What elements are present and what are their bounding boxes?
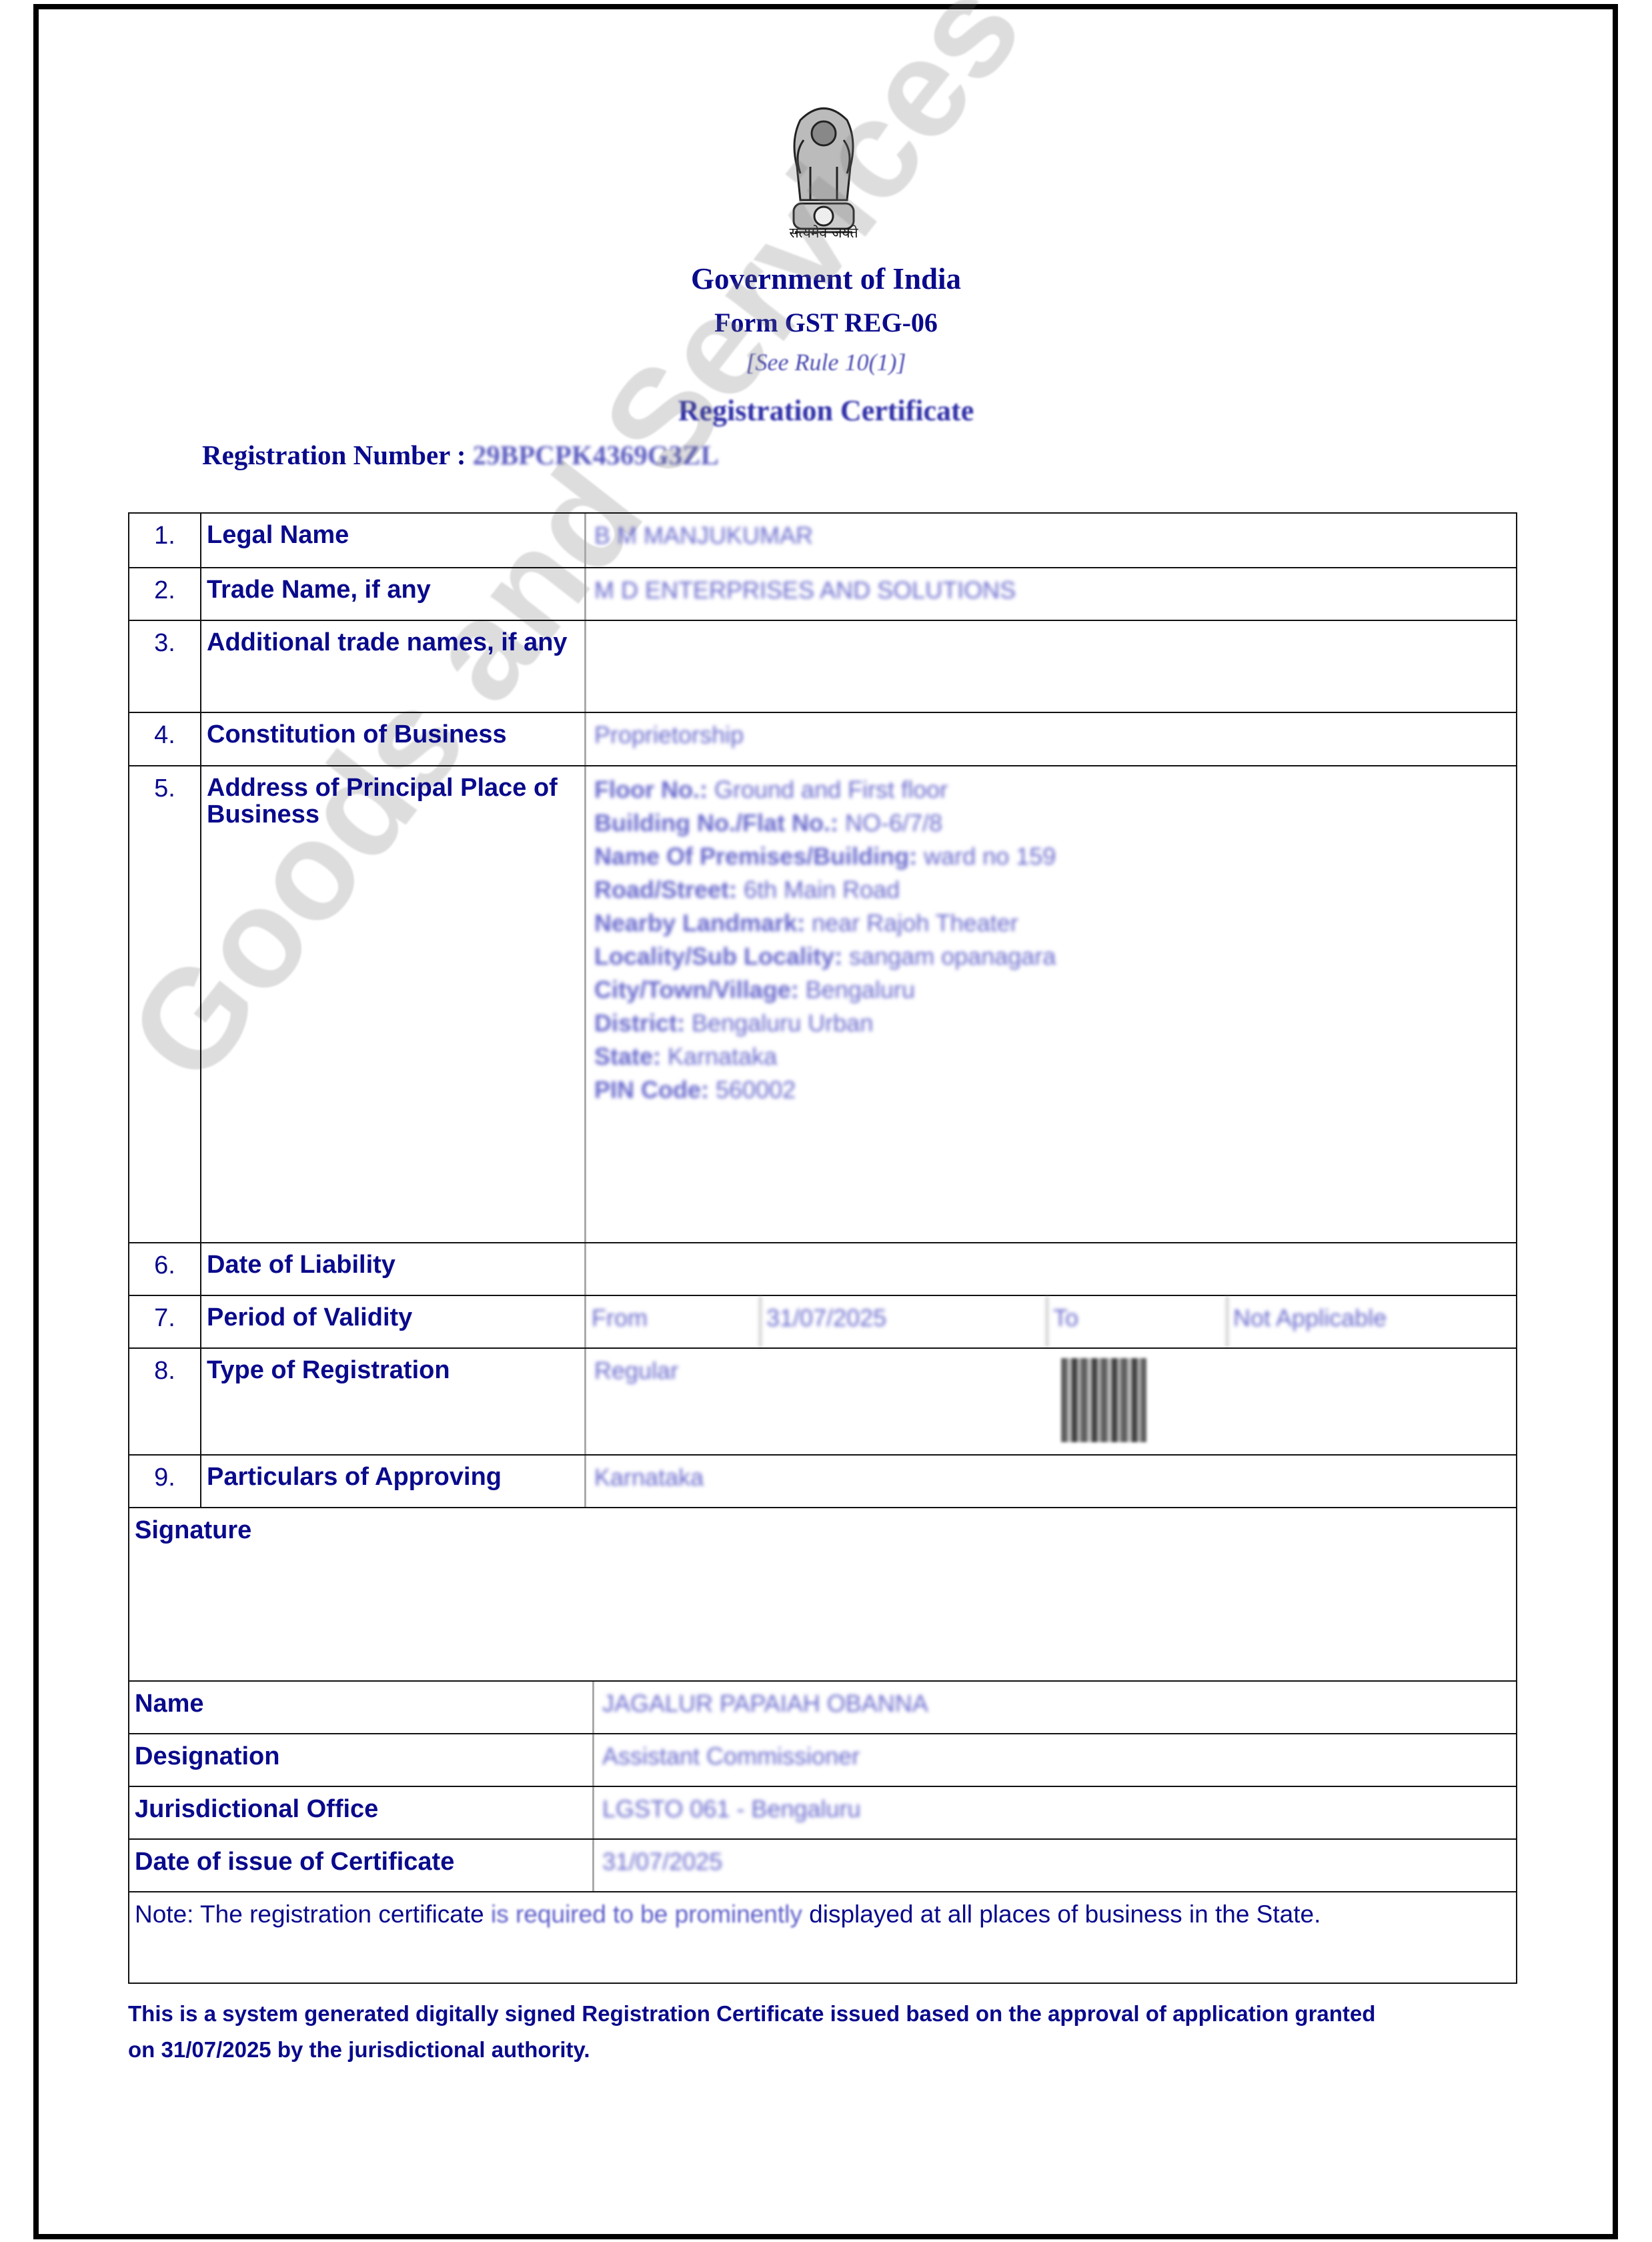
address-key: Floor No.: xyxy=(594,776,714,803)
table-row: 9. Particulars of Approving Karnataka xyxy=(128,1454,1517,1507)
address-line: State: Karnataka xyxy=(594,1041,1516,1075)
signature-row: Signature xyxy=(128,1507,1517,1680)
constitution-value: Proprietorship xyxy=(586,713,1516,765)
row-number: 7. xyxy=(129,1296,201,1347)
address-line: Floor No.: Ground and First floor xyxy=(594,774,1516,808)
row-number: 4. xyxy=(129,713,201,765)
table-row: Date of issue of Certificate 31/07/2025 xyxy=(128,1838,1517,1891)
table-row: Name JAGALUR PAPAIAH OBANNA xyxy=(128,1680,1517,1733)
address-line: PIN Code: 560002 xyxy=(594,1075,1516,1108)
address-line: Road/Street: 6th Main Road xyxy=(594,875,1516,908)
row-label: Jurisdictional Office xyxy=(129,1787,594,1838)
address-line: Locality/Sub Locality: sangam opanagara xyxy=(594,941,1516,975)
approving-authority-value: Karnataka xyxy=(586,1456,1516,1507)
address-value: Bengaluru xyxy=(806,976,915,1003)
row-number: 3. xyxy=(129,621,201,712)
address-value: NO-6/7/8 xyxy=(845,809,942,836)
address-key: City/Town/Village: xyxy=(594,976,806,1003)
address-line: District: Bengaluru Urban xyxy=(594,1008,1516,1041)
row-number: 8. xyxy=(129,1349,201,1454)
row-label: Trade Name, if any xyxy=(201,568,586,620)
address-key: Building No./Flat No.: xyxy=(594,809,845,836)
table-row: 4. Constitution of Business Proprietorsh… xyxy=(128,712,1517,765)
address-line: Nearby Landmark: near Rajoh Theater xyxy=(594,908,1516,941)
jurisdictional-office-value: LGSTO 061 - Bengaluru xyxy=(594,1787,1516,1838)
note-part: displayed at all places of business in t… xyxy=(802,1900,1321,1928)
address-value: ward no 159 xyxy=(924,843,1056,870)
note-part: Note: The registration certificate xyxy=(135,1900,491,1928)
row-label: Particulars of Approving xyxy=(201,1456,586,1507)
signature-label: Signature xyxy=(129,1508,1516,1680)
rule-reference: [See Rule 10(1)] xyxy=(0,348,1652,376)
row-label: Date of Liability xyxy=(201,1243,586,1295)
address-line: City/Town/Village: Bengaluru xyxy=(594,975,1516,1008)
row-label: Constitution of Business xyxy=(201,713,586,765)
row-label: Name xyxy=(129,1682,594,1733)
address-value: Ground and First floor xyxy=(714,776,948,803)
row-label: Type of Registration xyxy=(201,1349,586,1454)
row-number: 9. xyxy=(129,1456,201,1507)
address-line: Name Of Premises/Building: ward no 159 xyxy=(594,841,1516,875)
table-row: 5. Address of Principal Place of Busines… xyxy=(128,765,1517,1242)
table-row: 6. Date of Liability xyxy=(128,1242,1517,1295)
additional-trade-names-value xyxy=(586,621,1516,712)
table-row: 3. Additional trade names, if any xyxy=(128,620,1517,712)
address-key: Locality/Sub Locality: xyxy=(594,943,849,970)
row-number: 6. xyxy=(129,1243,201,1295)
validity-to-date: Not Applicable xyxy=(1228,1296,1516,1347)
address-value: near Rajoh Theater xyxy=(812,909,1018,937)
date-of-liability-value xyxy=(586,1243,1516,1295)
address-value: Bengaluru Urban xyxy=(692,1009,873,1037)
legal-name-value: B M MANJUKUMAR xyxy=(586,514,1516,567)
address-value: 6th Main Road xyxy=(744,876,900,903)
note-text: Note: The registration certificate is re… xyxy=(135,1900,1321,1928)
table-row: Jurisdictional Office LGSTO 061 - Bengal… xyxy=(128,1786,1517,1838)
row-label: Legal Name xyxy=(201,514,586,567)
document-title: Registration Certificate xyxy=(0,394,1652,428)
validity-from-label: From xyxy=(586,1296,761,1347)
row-label: Date of issue of Certificate xyxy=(129,1840,594,1891)
validity-to-label: To xyxy=(1048,1296,1228,1347)
table-row: 2. Trade Name, if any M D ENTERPRISES AN… xyxy=(128,567,1517,620)
row-label: Additional trade names, if any xyxy=(201,621,586,712)
address-key: Road/Street: xyxy=(594,876,744,903)
table-row: 1. Legal Name B M MANJUKUMAR xyxy=(128,512,1517,567)
registration-type-value: Regular xyxy=(586,1349,1516,1454)
row-number: 1. xyxy=(129,514,201,567)
address-value: 560002 xyxy=(716,1076,796,1103)
address-key: PIN Code: xyxy=(594,1076,716,1103)
designation-value: Assistant Commissioner xyxy=(594,1734,1516,1786)
address-value: Floor No.: Ground and First floorBuildin… xyxy=(586,766,1516,1242)
address-key: State: xyxy=(594,1043,668,1070)
table-row: 8. Type of Registration Regular xyxy=(128,1347,1517,1454)
footer-line-1: This is a system generated digitally sig… xyxy=(128,1996,1529,2032)
trade-name-value: M D ENTERPRISES AND SOLUTIONS xyxy=(586,568,1516,620)
row-number: 2. xyxy=(129,568,201,620)
qr-code-icon xyxy=(1061,1358,1146,1442)
address-line: Building No./Flat No.: NO-6/7/8 xyxy=(594,808,1516,841)
address-key: Name Of Premises/Building: xyxy=(594,843,924,870)
validity-from-date: 31/07/2025 xyxy=(761,1296,1048,1347)
validity-period: From 31/07/2025 To Not Applicable xyxy=(586,1296,1516,1347)
row-label: Address of Principal Place of Business xyxy=(201,766,586,1242)
issue-date-value: 31/07/2025 xyxy=(594,1840,1516,1891)
registration-number-label: Registration Number : xyxy=(202,440,473,470)
note-part: is required to be prominently xyxy=(491,1900,802,1928)
table-row: 7. Period of Validity From 31/07/2025 To… xyxy=(128,1295,1517,1347)
row-number: 5. xyxy=(129,766,201,1242)
note-row: Note: The registration certificate is re… xyxy=(128,1891,1517,1984)
address-value: Karnataka xyxy=(668,1043,777,1070)
address-value: sangam opanagara xyxy=(849,943,1056,970)
table-row: Designation Assistant Commissioner xyxy=(128,1733,1517,1786)
footer-line-2: on 31/07/2025 by the jurisdictional auth… xyxy=(128,2032,1529,2068)
address-key: District: xyxy=(594,1009,692,1037)
row-label: Designation xyxy=(129,1734,594,1786)
officer-name-value: JAGALUR PAPAIAH OBANNA xyxy=(594,1682,1516,1733)
row-label: Period of Validity xyxy=(201,1296,586,1347)
footer-note: This is a system generated digitally sig… xyxy=(128,1996,1529,2068)
address-key: Nearby Landmark: xyxy=(594,909,812,937)
